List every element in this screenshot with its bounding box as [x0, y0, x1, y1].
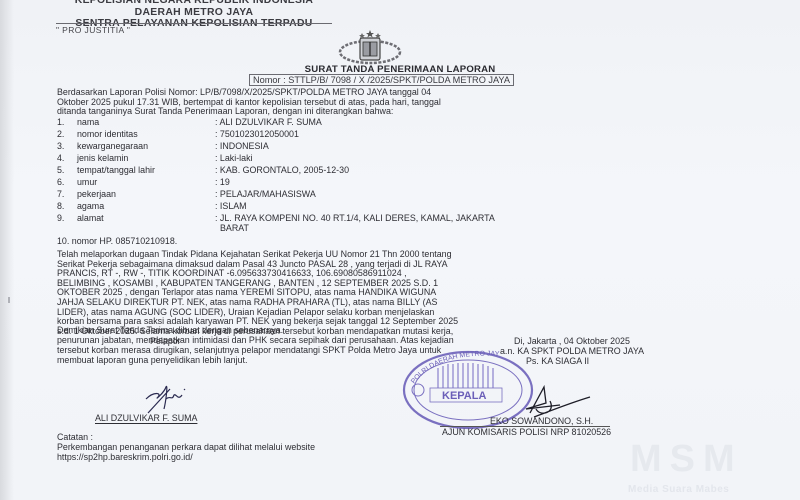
row-value: : PELAJAR/MAHASISWA [215, 189, 316, 199]
intro-line: ditanda tanganinya Surat Tanda Penerimaa… [57, 107, 460, 117]
watermark-logo: MSM [630, 438, 743, 481]
notes-text: Perkembangan penanganan perkara dapat di… [57, 442, 315, 452]
office-line-1: a.n. KA SPKT POLDA METRO JAYA [500, 346, 644, 356]
row-number: 8. [57, 201, 77, 211]
row-number: 5. [57, 165, 77, 175]
row-label: alamat [77, 213, 227, 223]
intro-paragraph: Berdasarkan Laporan Polisi Nomor: LP/B/7… [57, 88, 460, 117]
row-number: 9. [57, 213, 77, 223]
row-label: kewarganegaraan [77, 141, 227, 151]
row-value: : ISLAM [215, 201, 247, 211]
row-label: tempat/tanggal lahir [77, 165, 227, 175]
reporter-name: ALI DZULVIKAR F. SUMA [95, 413, 197, 423]
officer-rank: AJUN KOMISARIS POLISI NRP 81020526 [442, 427, 611, 437]
pro-justitia: " PRO JUSTITIA " [56, 25, 130, 35]
phone-number: 10. nomor HP. 085710210918. [57, 236, 177, 246]
watermark-subtitle: Media Suara Mabes [628, 484, 729, 495]
row-number: 2. [57, 129, 77, 139]
row-number: 7. [57, 189, 77, 199]
row-number: 6. [57, 177, 77, 187]
svg-text:KEPALA: KEPALA [442, 390, 486, 402]
row-number: 3. [57, 141, 77, 151]
notes-section: Catatan : Perkembangan penanganan perkar… [57, 432, 315, 462]
row-number: 1. [57, 117, 77, 127]
row-value: BARAT [220, 223, 249, 233]
office-line-2: Ps. KA SIAGA II [526, 356, 589, 366]
row-value: : INDONESIA [215, 141, 269, 151]
row-label: agama [77, 201, 227, 211]
row-value: : Laki-laki [215, 153, 253, 163]
svg-text:POLRI DAERAH METRO JAYA: POLRI DAERAH METRO JAYA [398, 344, 500, 385]
place-date: Di, Jakarta , 04 Oktober 2025 [514, 336, 630, 346]
document-number: Nomor : STTLP/B/ 7098 / X /2025/SPKT/POL… [249, 74, 514, 86]
row-label: nama [77, 117, 227, 127]
row-label: jenis kelamin [77, 153, 227, 163]
row-value: : 19 [215, 177, 230, 187]
letterhead-line1: KEPOLISIAN NEGARA REPUBLIK INDONESIA [56, 0, 332, 7]
scan-edge-shadow [0, 0, 14, 500]
row-value: : ALI DZULVIKAR F. SUMA [215, 117, 322, 127]
letterhead-line2: DAERAH METRO JAYA [56, 7, 332, 19]
row-value: : KAB. GORONTALO, 2005-12-30 [215, 165, 349, 175]
officer-signature-icon [520, 383, 600, 423]
phone-row: 10. nomor HP. 085710210918. [57, 236, 177, 246]
officer-divider [440, 426, 610, 427]
reporter-label: Pelapor [150, 336, 181, 346]
police-emblem-icon [336, 28, 404, 66]
row-label: umur [77, 177, 227, 187]
closing-statement: Demikian Surat Tanda Terima dibuat denga… [57, 326, 455, 336]
letterhead-divider [56, 23, 332, 24]
row-number: 4. [57, 153, 77, 163]
row-label: nomor identitas [77, 129, 227, 139]
row-label: pekerjaan [77, 189, 227, 199]
row-value: : JL. RAYA KOMPENI NO. 40 RT.1/4, KALI D… [215, 213, 495, 223]
reporter-signature-icon [140, 383, 200, 415]
scan-mark [8, 297, 10, 303]
notes-label: Catatan : [57, 432, 315, 442]
row-value: : 7501023012050001 [215, 129, 299, 139]
notes-url[interactable]: https://sp2hp.bareskrim.polri.go.id/ [57, 452, 315, 462]
